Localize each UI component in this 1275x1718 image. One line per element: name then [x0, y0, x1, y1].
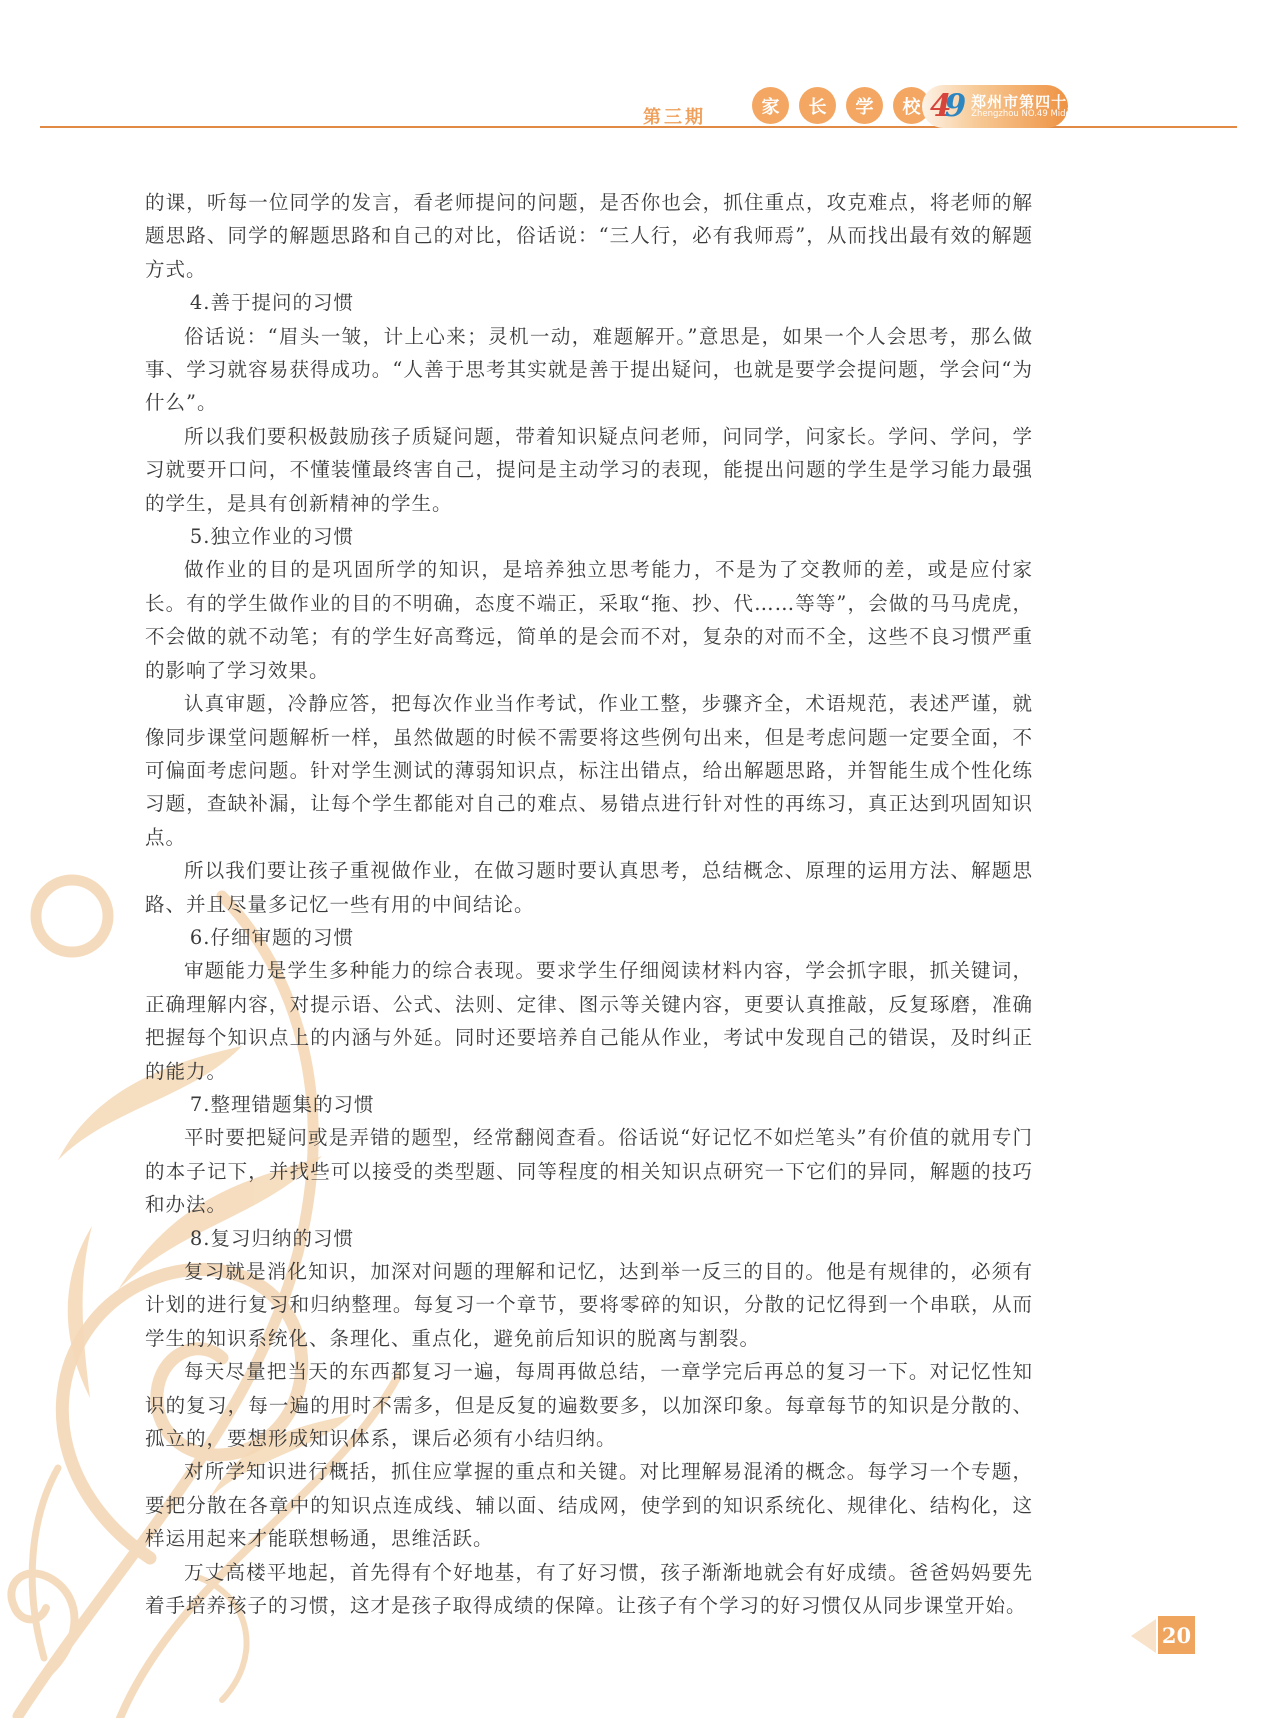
parent-school-badge: 家 — [752, 87, 789, 124]
paragraph: 审题能力是学生多种能力的综合表现。要求学生仔细阅读材料内容，学会抓字眼，抓关键词… — [145, 954, 1033, 1088]
school-name-cn: 郑州市第四十九中学 — [971, 94, 1115, 111]
parent-school-badges: 家长学校 — [752, 87, 930, 124]
paragraph: 复习就是消化知识，加深对问题的理解和记忆，达到举一反三的目的。他是有规律的，必须… — [145, 1255, 1033, 1355]
paragraph: 所以我们要积极鼓励孩子质疑问题，带着知识疑点问老师，问同学，问家长。学问、学问，… — [145, 420, 1033, 520]
section-heading: 8.复习归纳的习惯 — [145, 1222, 1033, 1255]
school-logo-bar: 4 9 郑州市第四十九中学 Zhengzhou NO.49 Middle Sch… — [922, 85, 1068, 128]
page-number-badge: 20 — [1158, 1616, 1195, 1654]
page-number-triangle-icon — [1131, 1619, 1156, 1653]
school-name: 郑州市第四十九中学 Zhengzhou NO.49 Middle School — [971, 94, 1115, 120]
paragraph: 所以我们要让孩子重视做作业，在做习题时要认真思考，总结概念、原理的运用方法、解题… — [145, 854, 1033, 921]
paragraph: 万丈高楼平地起，首先得有个好地基，有了好习惯，孩子渐渐地就会有好成绩。爸爸妈妈要… — [145, 1556, 1033, 1623]
section-heading: 6.仔细审题的习惯 — [145, 921, 1033, 954]
parent-school-badge: 长 — [799, 87, 836, 124]
paragraph: 每天尽量把当天的东西都复习一遍，每周再做总结，一章学完后再总的复习一下。对记忆性… — [145, 1355, 1033, 1455]
issue-label: 第三期 — [643, 103, 706, 129]
paragraph: 认真审题，冷静应答，把每次作业当作考试，作业工整，步骤齐全，术语规范，表述严谨，… — [145, 687, 1033, 854]
paragraph: 对所学知识进行概括，抓住应掌握的重点和关键。对比理解易混淆的概念。每学习一个专题… — [145, 1455, 1033, 1555]
paragraph: 的课，听每一位同学的发言，看老师提问的问题，是否你也会，抓住重点，攻克难点，将老… — [145, 186, 1033, 286]
school-name-en: Zhengzhou NO.49 Middle School — [971, 110, 1115, 119]
school-logo-49-icon: 4 9 — [930, 91, 966, 122]
section-heading: 7.整理错题集的习惯 — [145, 1088, 1033, 1121]
page-header: 第三期 家长学校 4 9 郑州市第四十九中学 Zhengzhou NO.49 M… — [0, 85, 1275, 131]
logo-digit-9: 9 — [945, 91, 967, 122]
parent-school-badge: 学 — [846, 87, 883, 124]
article-body: 的课，听每一位同学的发言，看老师提问的问题，是否你也会，抓住重点，攻克难点，将老… — [145, 186, 1033, 1622]
paragraph: 做作业的目的是巩固所学的知识，是培养独立思考能力，不是为了交教师的差，或是应付家… — [145, 553, 1033, 687]
paragraph: 俗话说：“眉头一皱，计上心来；灵机一动，难题解开。”意思是，如果一个人会思考，那… — [145, 320, 1033, 420]
paragraph: 平时要把疑问或是弄错的题型，经常翻阅查看。俗话说“好记忆不如烂笔头”有价值的就用… — [145, 1121, 1033, 1221]
section-heading: 4.善于提问的习惯 — [145, 286, 1033, 319]
section-heading: 5.独立作业的习惯 — [145, 520, 1033, 553]
